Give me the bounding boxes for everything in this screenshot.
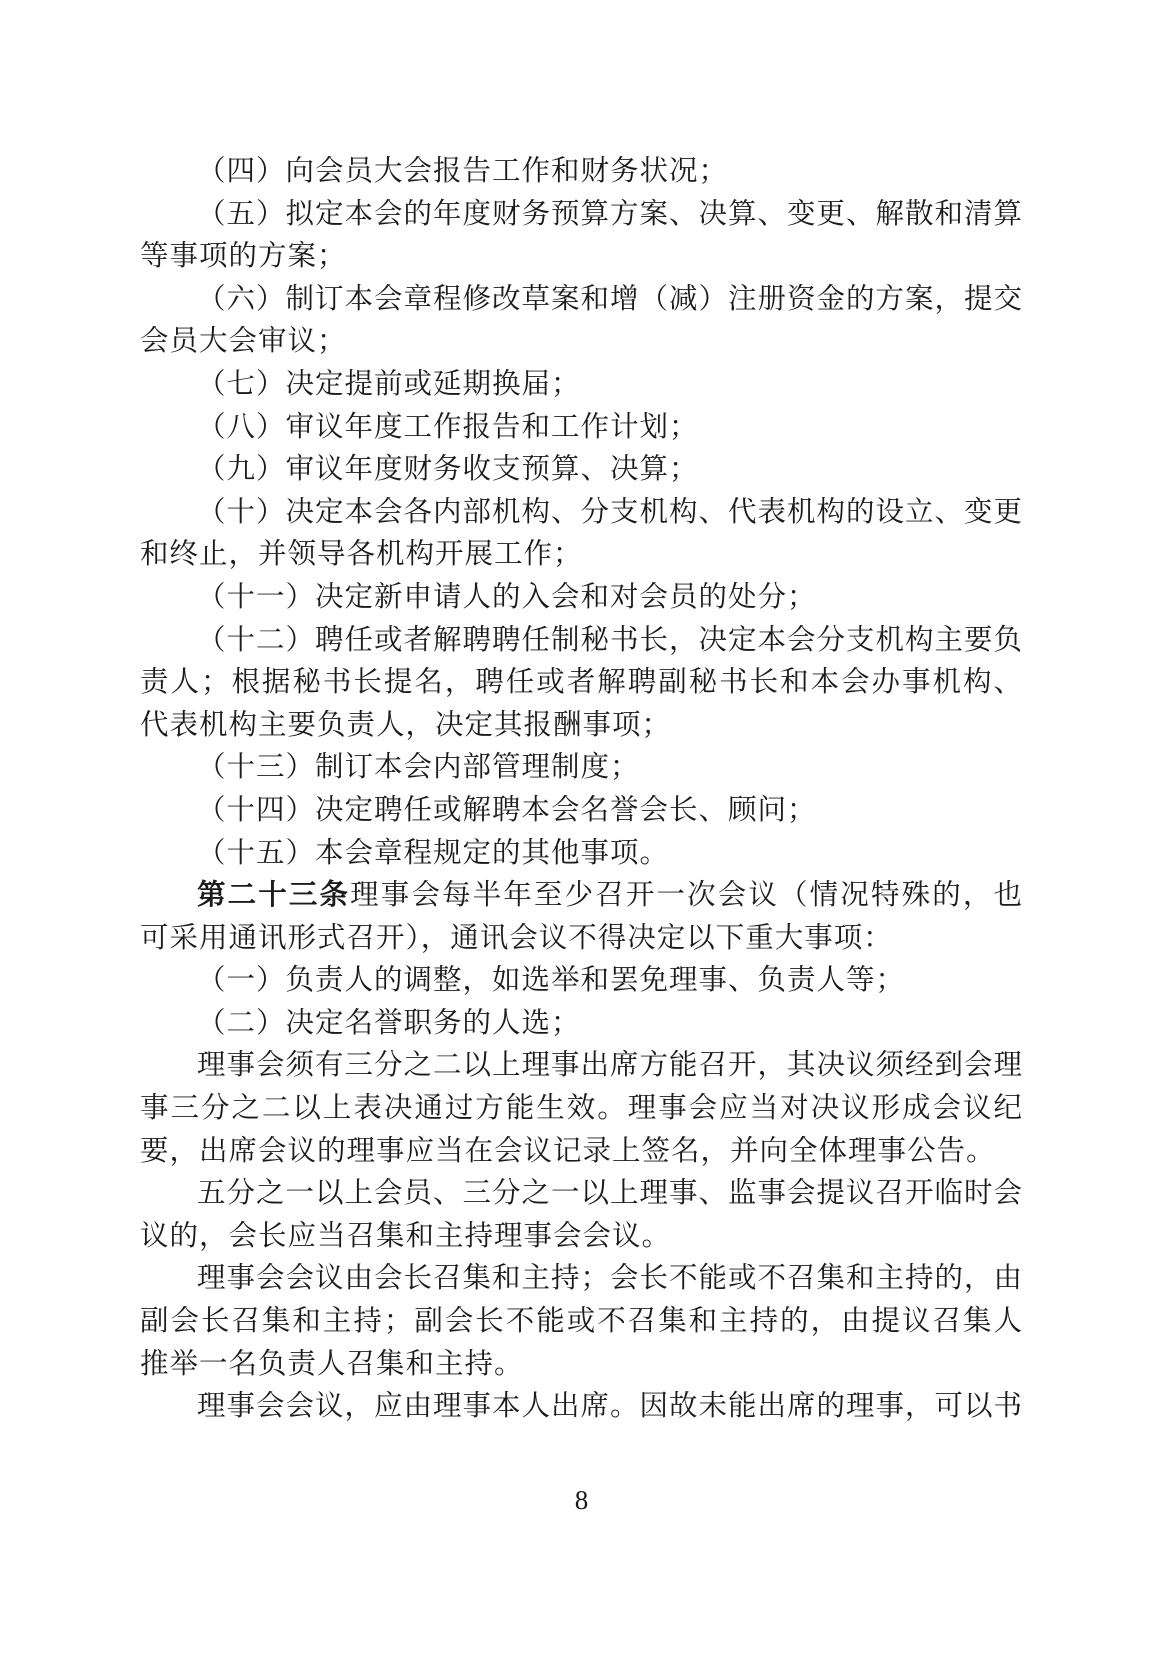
clause-item-10: （十）决定本会各内部机构、分支机构、代表机构的设立、变更和终止，并领导各机构开展…: [140, 492, 1023, 577]
clause-item-12: （十二）聘任或者解聘聘任制秘书长，决定本会分支机构主要负责人；根据秘书长提名，聘…: [140, 620, 1023, 748]
article-23-heading: 第二十三条: [197, 880, 350, 911]
paragraph-quorum: 理事会须有三分之二以上理事出席方能召开，其决议须经到会理事三分之二以上表决通过方…: [140, 1045, 1023, 1173]
clause-item-5: （五）拟定本会的年度财务预算方案、决算、变更、解散和清算等事项的方案；: [140, 194, 1023, 279]
clause-item-4: （四）向会员大会报告工作和财务状况；: [140, 151, 1023, 194]
paragraph-meeting-chair: 理事会会议由会长召集和主持；会长不能或不召集和主持的，由副会长召集和主持；副会长…: [140, 1258, 1023, 1386]
clause-item-13: （十三）制订本会内部管理制度；: [140, 747, 1023, 790]
document-body: （四）向会员大会报告工作和财务状况； （五）拟定本会的年度财务预算方案、决算、变…: [140, 151, 1023, 1429]
clause-item-9: （九）审议年度财务收支预算、决算；: [140, 449, 1023, 492]
clause-item-14: （十四）决定聘任或解聘本会名誉会长、顾问；: [140, 790, 1023, 833]
clause-item-6: （六）制订本会章程修改草案和增（减）注册资金的方案，提交会员大会审议；: [140, 279, 1023, 364]
paragraph-attendance: 理事会会议，应由理事本人出席。因故未能出席的理事，可以书: [140, 1386, 1023, 1429]
paragraph-interim-meeting: 五分之一以上会员、三分之一以上理事、监事会提议召开临时会议的，会长应当召集和主持…: [140, 1173, 1023, 1258]
page-number: 8: [575, 1485, 589, 1515]
clause-item-15: （十五）本会章程规定的其他事项。: [140, 833, 1023, 876]
clause-item-8: （八）审议年度工作报告和工作计划；: [140, 407, 1023, 450]
clause-item-7: （七）决定提前或延期换届；: [140, 364, 1023, 407]
clause-item-1: （一）负责人的调整，如选举和罢免理事、负责人等；: [140, 960, 1023, 1003]
article-23-paragraph: 第二十三条理事会每半年至少召开一次会议（情况特殊的，也可采用通讯形式召开），通讯…: [140, 875, 1023, 960]
page-footer: 8: [140, 1479, 1023, 1522]
clause-item-11: （十一）决定新申请人的入会和对会员的处分；: [140, 577, 1023, 620]
clause-item-2: （二）决定名誉职务的人选；: [140, 1003, 1023, 1046]
document-page: （四）向会员大会报告工作和财务状况； （五）拟定本会的年度财务预算方案、决算、变…: [0, 0, 1166, 1654]
